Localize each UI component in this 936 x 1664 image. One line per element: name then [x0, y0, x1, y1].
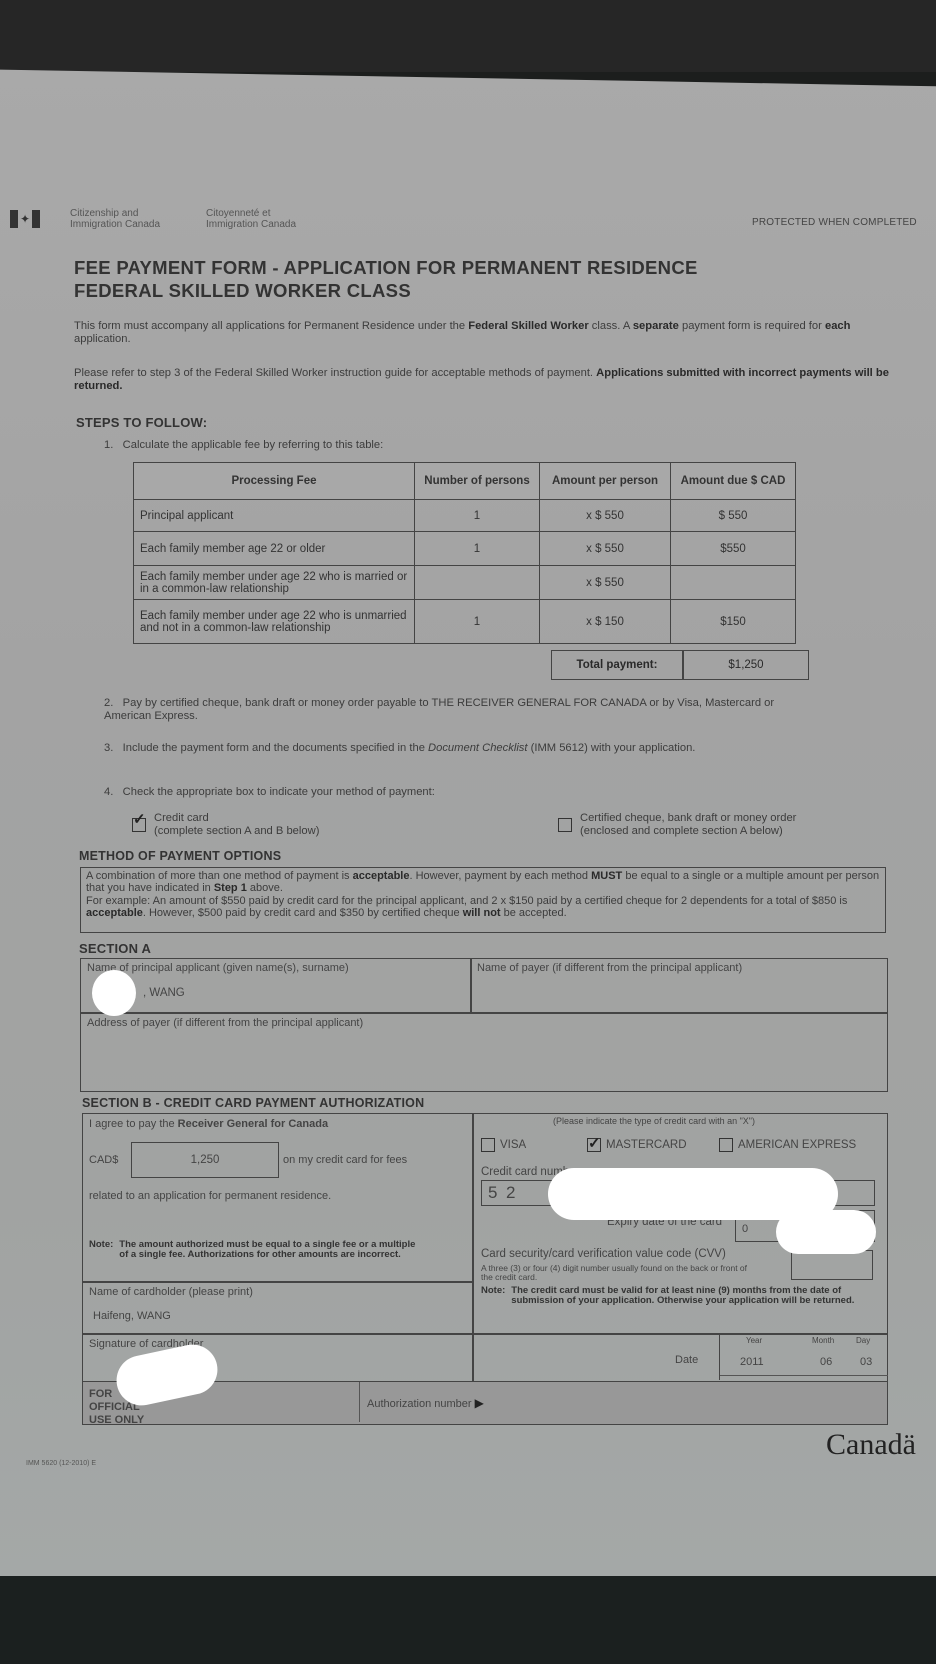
- row-label: Each family member under age 22 who is u…: [134, 600, 415, 644]
- mastercard-checkbox[interactable]: [587, 1138, 601, 1152]
- text: Please refer to step 3 of the Federal Sk…: [74, 367, 596, 379]
- intro-paragraph-1: This form must accompany all application…: [74, 320, 894, 345]
- amex-checkbox[interactable]: [719, 1138, 733, 1152]
- fee-table: Processing Fee Number of persons Amount …: [133, 462, 796, 644]
- option-label: Credit card: [154, 812, 319, 825]
- flag-bar-icon: [10, 210, 18, 228]
- table-row: Principal applicant 1 x $ 550 $ 550: [134, 500, 796, 532]
- dept-name-en: Citizenship and Immigration Canada: [70, 208, 160, 230]
- form-title: FEE PAYMENT FORM - APPLICATION FOR PERMA…: [74, 256, 698, 302]
- note-label: Note:: [89, 1240, 113, 1260]
- text: above.: [247, 882, 283, 894]
- text: will not: [463, 907, 501, 919]
- title-line1: FEE PAYMENT FORM - APPLICATION FOR PERMA…: [74, 256, 698, 279]
- government-logo: ✦: [10, 210, 40, 228]
- per-person-cell: x $ 150: [540, 600, 671, 644]
- authorization-number: Authorization number ▶: [367, 1396, 484, 1410]
- validity-note: Note:The credit card must be valid for a…: [481, 1286, 871, 1306]
- amount-due-cell[interactable]: $150: [671, 600, 796, 644]
- option-label: VISA: [500, 1139, 526, 1151]
- row-label: Each family member age 22 or older: [134, 532, 415, 566]
- amount-due-cell[interactable]: [671, 566, 796, 600]
- date-field[interactable]: Year Month Day 2011 06 03: [719, 1334, 888, 1380]
- field-label: Name of cardholder (please print): [89, 1286, 253, 1298]
- visa-checkbox[interactable]: [481, 1138, 495, 1152]
- background-bottom: [0, 1576, 936, 1664]
- intro-paragraph-2: Please refer to step 3 of the Federal Sk…: [74, 367, 894, 392]
- col-amount-per-person: Amount per person: [540, 463, 671, 500]
- col-amount-due: Amount due $ CAD: [671, 463, 796, 500]
- cardholder-name-field[interactable]: Name of cardholder (please print) Haifen…: [82, 1281, 474, 1335]
- per-person-cell: x $ 550: [540, 500, 671, 532]
- text: payment form is required for: [679, 320, 825, 332]
- text: For example: An amount of $550 paid by c…: [86, 895, 847, 907]
- day-label: Day: [856, 1336, 870, 1345]
- row-label: Each family member under age 22 who is m…: [134, 566, 415, 600]
- form-code: IMM 5620 (12-2010) E: [26, 1460, 96, 1467]
- month-label: Month: [812, 1336, 834, 1345]
- step-text: (IMM 5612) with your application.: [528, 742, 696, 754]
- dept-fr-line2: Immigration Canada: [206, 219, 296, 230]
- cheque-option[interactable]: Certified cheque, bank draft or money or…: [558, 812, 796, 837]
- card-digit: 5: [488, 1183, 497, 1203]
- col-number-of-persons: Number of persons: [415, 463, 540, 500]
- field-value: Haifeng, WANG: [93, 1310, 171, 1322]
- flag-bar-icon: [32, 210, 40, 228]
- per-person-cell: x $ 550: [540, 532, 671, 566]
- note-text: The amount authorized must be equal to a…: [119, 1240, 419, 1260]
- persons-cell[interactable]: [415, 566, 540, 600]
- text: acceptable: [86, 907, 143, 919]
- step-text: Check the appropriate box to indicate yo…: [123, 786, 435, 798]
- persons-cell[interactable]: 1: [415, 600, 540, 644]
- date-panel: Date Year Month Day 2011 06 03: [472, 1333, 888, 1383]
- table-row: Each family member under age 22 who is u…: [134, 600, 796, 644]
- title-line2: FEDERAL SKILLED WORKER CLASS: [74, 279, 698, 302]
- redaction-mark: [776, 1210, 876, 1254]
- maple-leaf-icon: ✦: [20, 212, 30, 226]
- background-top: [0, 0, 936, 72]
- visa-option[interactable]: VISA: [481, 1138, 526, 1152]
- cheque-option-text: Certified cheque, bank draft or money or…: [580, 812, 796, 837]
- step-2: 2. Pay by certified cheque, bank draft o…: [104, 697, 784, 722]
- options-box: A combination of more than one method of…: [80, 867, 886, 933]
- cad-amount-field[interactable]: 1,250: [131, 1142, 279, 1178]
- date-label: Date: [675, 1354, 698, 1366]
- day-value: 03: [860, 1356, 872, 1368]
- text: each: [825, 320, 851, 332]
- step-number: 3.: [104, 742, 113, 754]
- table-header-row: Processing Fee Number of persons Amount …: [134, 463, 796, 500]
- dept-name-fr: Citoyenneté et Immigration Canada: [206, 208, 296, 230]
- amount-due-cell[interactable]: $ 550: [671, 500, 796, 532]
- dept-fr-line1: Citoyenneté et: [206, 208, 296, 219]
- option-sub: (complete section A and B below): [154, 825, 319, 838]
- authorization-panel: I agree to pay the Receiver General for …: [82, 1113, 474, 1283]
- step-4: 4. Check the appropriate box to indicate…: [104, 786, 435, 799]
- persons-cell[interactable]: 1: [415, 500, 540, 532]
- option-label: Certified cheque, bank draft or money or…: [580, 812, 796, 825]
- auth-label: Authorization number: [367, 1398, 472, 1410]
- year-value: 2011: [740, 1356, 764, 1368]
- payer-address-field[interactable]: Address of payer (if different from the …: [80, 1012, 888, 1092]
- arrow-right-icon: ▶: [475, 1396, 484, 1410]
- canada-wordmark: Canadä: [826, 1428, 916, 1462]
- text: . However, payment by each method: [409, 870, 591, 882]
- text: . However, $500 paid by credit card and …: [143, 907, 463, 919]
- text: application.: [74, 333, 131, 345]
- text: Federal Skilled Worker: [468, 320, 588, 332]
- cheque-checkbox[interactable]: [558, 818, 572, 832]
- month-value: 06: [820, 1356, 832, 1368]
- payer-name-field[interactable]: Name of payer (if different from the pri…: [470, 958, 888, 1014]
- step-3: 3. Include the payment form and the docu…: [104, 742, 764, 755]
- text: Step 1: [214, 882, 247, 894]
- text: Receiver General for Canada: [178, 1118, 328, 1130]
- persons-cell[interactable]: 1: [415, 532, 540, 566]
- option-sub: (enclosed and complete section A below): [580, 825, 796, 838]
- option-label: MASTERCARD: [606, 1139, 687, 1151]
- text: class. A: [589, 320, 633, 332]
- note-label: Note:: [481, 1286, 505, 1306]
- protected-label: PROTECTED WHEN COMPLETED: [752, 217, 917, 228]
- dept-en-line2: Immigration Canada: [70, 219, 160, 230]
- step-text: Pay by certified cheque, bank draft or m…: [104, 697, 774, 722]
- total-value[interactable]: $1,250: [683, 650, 809, 680]
- cad-label: CAD$: [89, 1154, 118, 1166]
- text: A combination of more than one method of…: [86, 870, 353, 882]
- text: separate: [633, 320, 679, 332]
- applicant-name-field[interactable]: Name of principal applicant (given name(…: [80, 958, 472, 1014]
- step-text: Document Checklist: [428, 742, 527, 754]
- row-label: Principal applicant: [134, 500, 415, 532]
- step-text: Include the payment form and the documen…: [123, 742, 428, 754]
- field-label: Name of payer (if different from the pri…: [477, 962, 742, 974]
- total-payment-row: Total payment: $1,250: [551, 650, 809, 680]
- credit-card-option[interactable]: Credit card(complete section A and B bel…: [132, 812, 319, 837]
- card-type-hint: (Please indicate the type of credit card…: [553, 1116, 755, 1126]
- text: be accepted.: [501, 907, 567, 919]
- col-processing-fee: Processing Fee: [134, 463, 415, 500]
- credit-card-option-text: Credit card(complete section A and B bel…: [154, 812, 319, 837]
- options-heading: METHOD OF PAYMENT OPTIONS: [79, 849, 281, 863]
- cvv-hint: A three (3) or four (4) digit number usu…: [481, 1264, 761, 1282]
- cvv-field[interactable]: [791, 1250, 873, 1280]
- fees-text: on my credit card for fees: [283, 1154, 407, 1166]
- steps-heading: STEPS TO FOLLOW:: [76, 415, 207, 430]
- total-label: Total payment:: [551, 650, 683, 680]
- table-row: Each family member under age 22 who is m…: [134, 566, 796, 600]
- redaction-mark: [92, 970, 136, 1016]
- text: acceptable: [353, 870, 410, 882]
- step-1: 1. Calculate the applicable fee by refer…: [104, 439, 383, 452]
- card-digit: 2: [506, 1183, 515, 1203]
- step-text: Calculate the applicable fee by referrin…: [123, 439, 384, 451]
- date-tick-line: [720, 1375, 888, 1376]
- mastercard-option[interactable]: MASTERCARD: [587, 1138, 687, 1152]
- option-label: AMERICAN EXPRESS: [738, 1139, 856, 1151]
- section-b-heading: SECTION B - CREDIT CARD PAYMENT AUTHORIZ…: [82, 1096, 424, 1110]
- year-label: Year: [746, 1336, 762, 1345]
- step-number: 2.: [104, 697, 113, 709]
- text: I agree to pay the: [89, 1118, 178, 1130]
- dept-en-line1: Citizenship and: [70, 208, 160, 219]
- step-number: 1.: [104, 439, 113, 451]
- amount-due-cell[interactable]: $550: [671, 532, 796, 566]
- divider: [359, 1382, 360, 1422]
- amex-option[interactable]: AMERICAN EXPRESS: [719, 1138, 856, 1152]
- cvv-label: Card security/card verification value co…: [481, 1248, 726, 1260]
- section-a-heading: SECTION A: [79, 941, 151, 956]
- expiry-value: 0: [742, 1223, 748, 1235]
- step-number: 4.: [104, 786, 113, 798]
- agree-text: I agree to pay the Receiver General for …: [89, 1118, 328, 1130]
- field-label: Address of payer (if different from the …: [87, 1017, 363, 1029]
- related-text: related to an application for permanent …: [89, 1190, 331, 1202]
- credit-card-checkbox[interactable]: [132, 818, 146, 832]
- text: This form must accompany all application…: [74, 320, 468, 332]
- note-text: The credit card must be valid for at lea…: [511, 1286, 871, 1306]
- text: MUST: [591, 870, 622, 882]
- table-row: Each family member age 22 or older 1 x $…: [134, 532, 796, 566]
- per-person-cell: x $ 550: [540, 566, 671, 600]
- field-value: , WANG: [143, 987, 185, 999]
- field-label: Name of principal applicant (given name(…: [87, 962, 349, 974]
- amount-note: Note:The amount authorized must be equal…: [89, 1240, 419, 1260]
